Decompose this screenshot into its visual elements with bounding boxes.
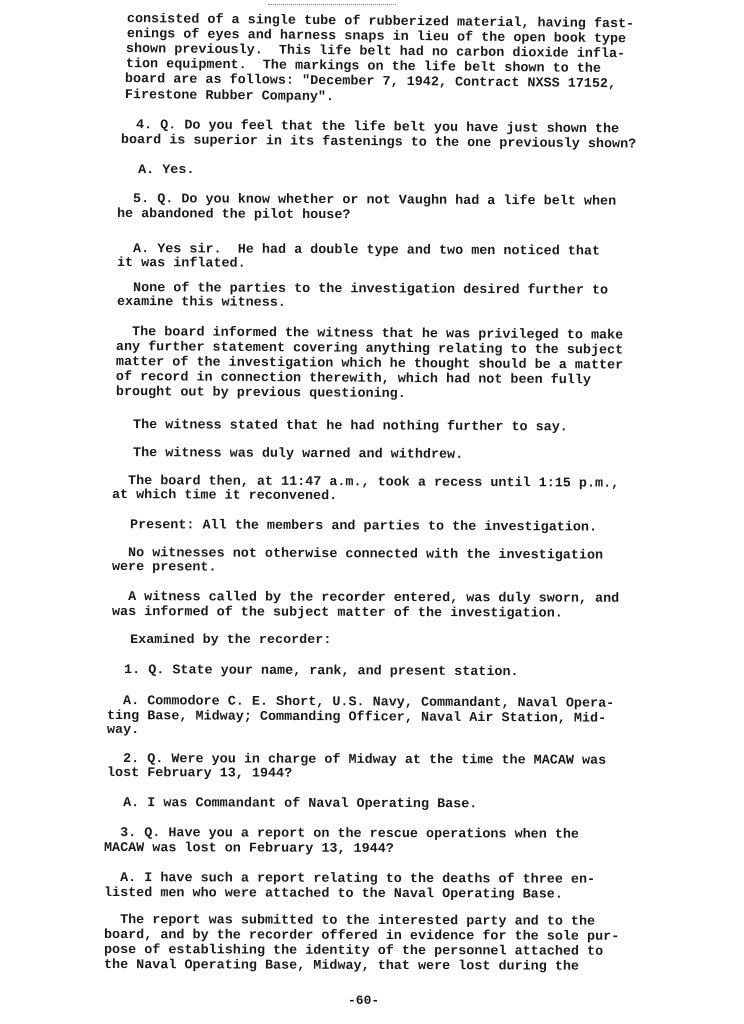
text-line: lost February 13, 1944?: [107, 766, 292, 780]
text-line: MACAW was lost on February 13, 1944?: [104, 841, 394, 855]
text-line: was informed of the subject matter of th…: [112, 605, 563, 620]
text-line: A. I was Commandant of Naval Operating B…: [107, 796, 477, 811]
text-line: way.: [107, 723, 139, 736]
text-line: examine this witness.: [117, 295, 286, 309]
text-line: A witness called by the recorder entered…: [112, 590, 619, 605]
text-line: ting Base, Midway; Commanding Officer, N…: [107, 709, 606, 725]
text-line: Examined by the recorder:: [114, 633, 331, 646]
text-line: he abandoned the pilot house?: [117, 207, 351, 222]
text-line: The report was submitted to the interest…: [104, 913, 595, 928]
text-line: were present.: [112, 560, 217, 574]
text-line: Present: All the members and parties to …: [114, 518, 597, 534]
text-line: The witness stated that he had nothing f…: [117, 418, 568, 434]
text-line: pose of establishing the identity of the…: [104, 943, 603, 958]
text-line: listed men who were attached to the Nava…: [104, 886, 563, 901]
text-line: 1. Q. State your name, rank, and present…: [108, 663, 519, 678]
text-line: it was inflated.: [117, 256, 246, 270]
text-line: A. Yes.: [122, 163, 194, 176]
text-line: A. I have such a report relating to the …: [104, 871, 595, 886]
text-line: 3. Q. Have you a report on the rescue op…: [104, 826, 579, 841]
page-number: -60-: [348, 993, 379, 1008]
text-line: at which time it reconvened.: [112, 488, 337, 502]
text-line: board, and by the recorder offered in ev…: [104, 928, 619, 943]
text-line: the Naval Operating Base, Midway, that w…: [104, 958, 579, 973]
top-rule: [268, 4, 396, 5]
document-page: consisted of a single tube of rubberized…: [0, 0, 744, 1024]
text-line: Firestone Rubber Company".: [125, 88, 334, 103]
text-line: brought out by previous questioning.: [116, 385, 406, 400]
text-line: board is superior in its fastenings to t…: [121, 133, 636, 151]
text-line: The witness was duly warned and withdrew…: [117, 446, 463, 461]
